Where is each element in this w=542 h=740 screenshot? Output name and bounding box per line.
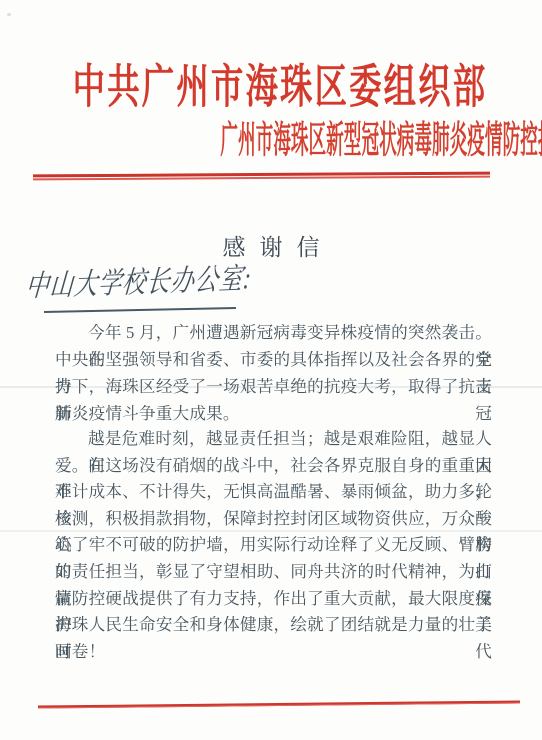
letterhead-line2: 广州市海珠区新型冠状病毒肺炎疫情防控指挥部办公室 <box>220 111 542 164</box>
paragraph-line: 持下，海珠区经受了一场艰苦卓绝的抗疫大考，取得了抗击新冠 <box>55 373 492 400</box>
paragraph-line: 爱。在这场没有硝烟的战斗中，社会各界克服自身的重重困难， <box>55 453 492 480</box>
letterhead-sub: 广州市海珠区新型冠状病毒肺炎疫情防控指挥部办公室 <box>0 112 542 163</box>
paragraph-line: 越是危难时刻，越显责任担当；越是艰难险阻，越显人间大 <box>55 426 492 453</box>
letterhead-line1: 中共广州市海珠区委组织部 <box>73 49 488 116</box>
paragraph-2: 越是危难时刻，越显责任担当；越是艰难险阻，越显人间大 爱。在这场没有硝烟的战斗中… <box>55 426 492 665</box>
paragraph-line: 海珠人民生命安全和身体健康，绘就了团结就是力量的壮美时代 <box>55 612 492 639</box>
paragraph-line: 筑了牢不可破的防护墙，用实际行动诠释了义无反顾、臂膀如山 <box>55 532 492 559</box>
paragraph-line: 检测，积极捐款捐物，保障封控封闭区域物资供应，万众一心构 <box>55 506 492 533</box>
paragraph-line: 情防控硬战提供了有力支持，作出了重大贡献，最大限度保护了 <box>55 586 492 613</box>
scanned-letter-page: 中共广州市海珠区委组织部 广州市海珠区新型冠状病毒肺炎疫情防控指挥部办公室 感谢… <box>0 0 542 740</box>
letterhead-divider <box>33 172 490 181</box>
paragraph-line: 的责任担当，彰显了守望相助、同舟共济的时代精神，为打赢疫 <box>55 559 492 586</box>
salutation-underline <box>44 307 236 313</box>
scan-speck <box>7 13 11 16</box>
paragraph-line: 不计成本、不计得失，无惧高温酷暑、暴雨倾盆，助力多轮核酸 <box>55 479 492 506</box>
paragraph-line: 今年 5 月，广州遭遇新冠病毒变异株疫情的突然袭击。在党 <box>55 319 492 346</box>
letterhead: 中共广州市海珠区委组织部 <box>0 50 534 115</box>
handwritten-salutation: 中山大学校长办公室: <box>24 254 254 305</box>
letter-title-row: 感谢信 <box>0 229 542 262</box>
bottom-divider <box>38 700 520 708</box>
paragraph-line: 中央的坚强领导和省委、市委的具体指挥以及社会各界的全力支 <box>55 346 492 373</box>
paragraph-1: 今年 5 月，广州遭遇新冠病毒变异株疫情的突然袭击。在党 中央的坚强领导和省委、… <box>55 319 492 427</box>
